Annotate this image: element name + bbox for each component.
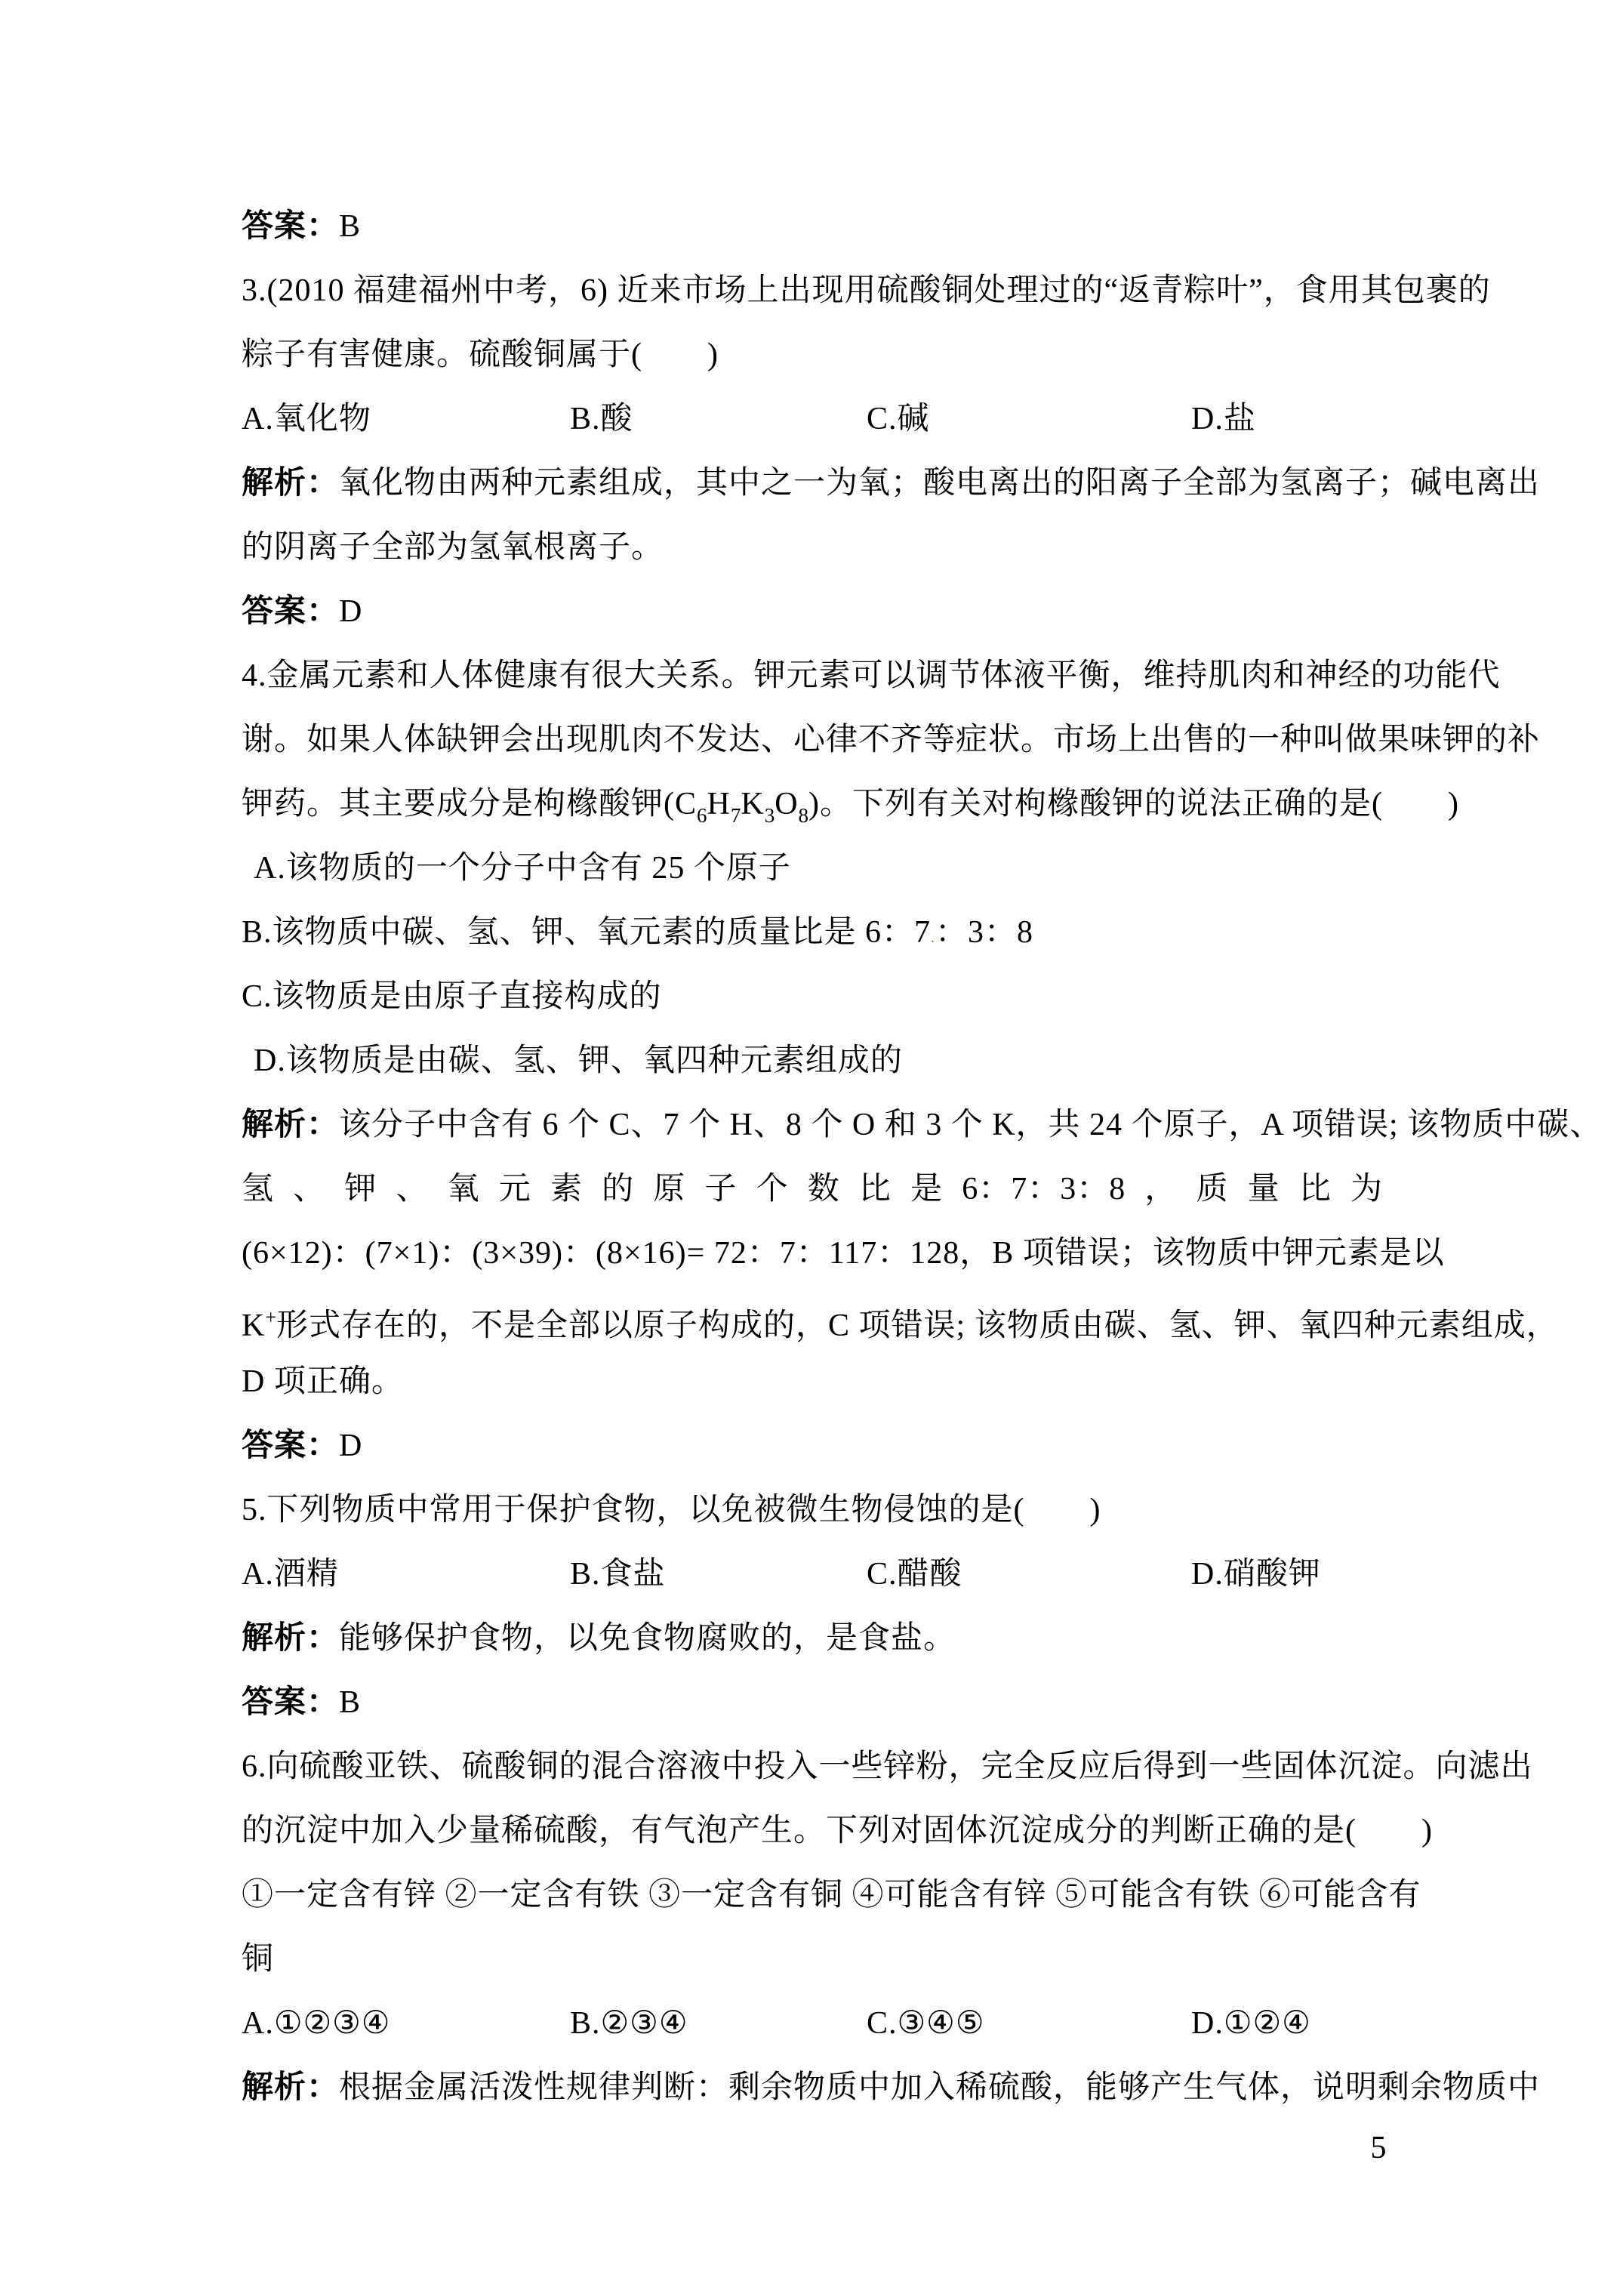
body-text: 谢。如果人体缺钾会出现肌肉不发达、心律不齐等症状。市场上出售的一种叫做果味钾的补 <box>242 723 1540 757</box>
body-text: H <box>707 787 731 821</box>
answer-line-q5: 答案：B <box>242 1670 1383 1735</box>
label-text: 答案： <box>242 209 339 244</box>
body-text: 氧化物由两种元素组成，其中之一为氧；酸电离出的阳离子全部为氢离子；碱电离出 <box>339 466 1540 501</box>
body-text: 根据金属活泼性规律判断：剩余物质中加入稀硫酸，能够产生气体，说明剩余物质中 <box>339 2070 1540 2105</box>
body-text: 能够保护食物，以免食物腐败的，是食盐。 <box>339 1621 956 1656</box>
option-item: D.①②④ <box>1191 1991 1311 2056</box>
body-text: K <box>741 787 764 821</box>
option-item: B.②③④ <box>570 1991 688 2056</box>
option-item: A.酒精 <box>242 1542 339 1607</box>
body-text: ①一定含有锌 ②一定含有铁 ③一定含有铜 ④可能含有锌 ⑤可能含有铁 ⑥可能含有 <box>242 1878 1421 1912</box>
analysis-3-line-1: 解析：氧化物由两种元素组成，其中之一为氧；酸电离出的阳离子全部为氢离子；碱电离出 <box>242 451 1383 516</box>
body-text: B <box>339 1685 361 1720</box>
answer-line-q2: 答案：B <box>242 194 1383 259</box>
page-number: 5 <box>1356 2116 1401 2180</box>
body-text: 钾药。其主要成分是枸橼酸钾(C <box>242 787 697 821</box>
label-text: 答案： <box>242 594 339 629</box>
question-6-choices: ①一定含有锌 ②一定含有铁 ③一定含有铜 ④可能含有锌 ⑤可能含有铁 ⑥可能含有 <box>242 1863 1383 1928</box>
answer-line-q3: 答案：D <box>242 579 1383 644</box>
option-item: B.食盐 <box>570 1542 666 1607</box>
body-text: 3.(2010 福建福州中考，6) 近来市场上出现用硫酸铜处理过的“返青粽叶”，… <box>242 273 1491 308</box>
question-4-line-1: 4.金属元素和人体健康有很大关系。钾元素可以调节体液平衡，维持肌肉和神经的功能代 <box>242 643 1383 708</box>
analysis-4-line-1: 解析：该分子中含有 6 个 C、7 个 H、8 个 O 和 3 个 K，共 24… <box>242 1093 1383 1157</box>
body-text: D <box>339 594 362 629</box>
question-6-options: A.①②③④B.②③④C.③④⑤D.①②④ <box>242 1991 1383 2056</box>
question-3-line-2: 粽子有害健康。硫酸铜属于( ) <box>242 322 1383 387</box>
question-4-line-3: 钾药。其主要成分是枸橼酸钾(C6H7K3O8)。下列有关对枸橼酸钾的说法正确的是… <box>242 772 1383 837</box>
body-text: 该分子中含有 6 个 C、7 个 H、8 个 O 和 3 个 K，共 24 个原… <box>339 1108 1602 1142</box>
option-item: D.盐 <box>1191 387 1256 451</box>
body-text: )。下列有关对枸橼酸钾的说法正确的是( ) <box>808 787 1459 821</box>
option-item: A.①②③④ <box>242 1991 390 2056</box>
body-text: 4.金属元素和人体健康有很大关系。钾元素可以调节体液平衡，维持肌肉和神经的功能代 <box>242 658 1501 693</box>
analysis-4-line-4: K+形式存在的，不是全部以原子构成的，C 项错误; 该物质由碳、氢、钾、氧四种元… <box>242 1285 1383 1350</box>
body-text: B <box>339 209 361 244</box>
option-item: C.醋酸 <box>867 1542 962 1607</box>
question-5-options: A.酒精B.食盐C.醋酸D.硝酸钾 <box>242 1542 1383 1607</box>
body-text: 6.向硫酸亚铁、硫酸铜的混合溶液中投入一些锌粉，完全反应后得到一些固体沉淀。向滤… <box>242 1749 1533 1784</box>
question-3-line-1: 3.(2010 福建福州中考，6) 近来市场上出现用硫酸铜处理过的“返青粽叶”，… <box>242 258 1383 323</box>
spread-token: 原 <box>653 1157 685 1222</box>
spread-token: 氢 <box>242 1157 274 1222</box>
body-text: ：3：8 <box>935 915 1033 950</box>
analysis-3-line-2: 的阴离子全部为氢氧根离子。 <box>242 515 1383 580</box>
spread-token: 素 <box>550 1157 583 1222</box>
body-text: 5.下列物质中常用于保护食物，以免被微生物侵蚀的是( ) <box>242 1493 1101 1527</box>
option-item: B.酸 <box>570 387 633 451</box>
body-text: C.该物质是由原子直接构成的 <box>242 979 662 1014</box>
body-text: 8 <box>799 804 809 827</box>
spread-token: 比 <box>859 1157 892 1222</box>
analysis-4-line-3: (6×12)：(7×1)：(3×39)：(8×16)= 72：7：117：128… <box>242 1221 1383 1286</box>
spread-token: 元 <box>499 1157 531 1222</box>
spread-token: 钾 <box>344 1157 377 1222</box>
analysis-4-line-5: D 项正确。 <box>242 1349 1383 1414</box>
question-4-option-d: D.该物质是由碳、氢、钾、氧四种元素组成的 <box>242 1028 1395 1093</box>
spread-token: 数 <box>808 1157 840 1222</box>
body-text: 的阴离子全部为氢氧根离子。 <box>242 530 664 565</box>
label-text: 解析： <box>242 2070 339 2105</box>
option-item: D.硝酸钾 <box>1191 1542 1321 1607</box>
option-item: A.氧化物 <box>242 387 371 451</box>
question-4-option-c: C.该物质是由原子直接构成的 <box>242 964 1383 1029</box>
question-6-line-1: 6.向硫酸亚铁、硫酸铜的混合溶液中投入一些锌粉，完全反应后得到一些固体沉淀。向滤… <box>242 1734 1383 1799</box>
body-text: D.该物质是由碳、氢、钾、氧四种元素组成的 <box>254 1043 903 1078</box>
spread-token: 个 <box>756 1157 789 1222</box>
spread-token: 比 <box>1299 1157 1332 1222</box>
question-4-option-a: A.该物质的一个分子中含有 25 个原子 <box>242 836 1395 901</box>
question-4-option-b: B.该物质中碳、氢、钾、氧元素的质量比是 6：7.：3：8 <box>242 900 1383 965</box>
label-text: 答案： <box>242 1685 339 1720</box>
spread-token: 子 <box>704 1157 737 1222</box>
spread-token: 为 <box>1350 1157 1383 1222</box>
body-text: 铜 <box>242 1942 274 1977</box>
question-3-options: A.氧化物B.酸C.碱D.盐 <box>242 387 1383 451</box>
label-text: 解析： <box>242 1621 339 1656</box>
spread-token: 、 <box>396 1157 428 1222</box>
spread-token: 的 <box>602 1157 634 1222</box>
option-item: C.③④⑤ <box>867 1991 984 2056</box>
label-text: 解析： <box>242 466 339 501</box>
body-text: 粽子有害健康。硫酸铜属于( ) <box>242 337 719 372</box>
body-text: O <box>775 787 798 821</box>
body-text: + <box>265 1306 276 1328</box>
spread-token: 是 <box>910 1157 943 1222</box>
question-6-choices-2: 铜 <box>242 1927 1383 1992</box>
body-text: D <box>339 1428 362 1463</box>
body-text: 形式存在的，不是全部以原子构成的，C 项错误; 该物质由碳、氢、钾、氧四种元素组… <box>276 1308 1559 1343</box>
option-item: C.碱 <box>867 387 930 451</box>
spread-token: 、 <box>293 1157 325 1222</box>
body-text: (6×12)：(7×1)：(3×39)：(8×16)= 72：7：117：128… <box>242 1236 1445 1271</box>
analysis-4-line-2: 氢、钾、氧元素的原子个数比是6：7：3：8，质量比为 <box>242 1157 1383 1222</box>
question-6-line-2: 的沉淀中加入少量稀硫酸，有气泡产生。下列对固体沉淀成分的判断正确的是( ) <box>242 1798 1383 1863</box>
spread-token: 量 <box>1248 1157 1280 1222</box>
body-text: 的沉淀中加入少量稀硫酸，有气泡产生。下列对固体沉淀成分的判断正确的是( ) <box>242 1814 1433 1848</box>
body-text: 7 <box>731 804 741 827</box>
spread-token: 氧 <box>448 1157 480 1222</box>
spread-token: 6：7：3：8 <box>962 1157 1126 1222</box>
spread-token: 质 <box>1196 1157 1229 1222</box>
spread-token: ， <box>1144 1157 1177 1222</box>
body-text: 6 <box>697 804 707 827</box>
label-text: 答案： <box>242 1428 339 1463</box>
body-text: K <box>242 1308 265 1343</box>
body-text: B.该物质中碳、氢、钾、氧元素的质量比是 6：7 <box>242 915 931 950</box>
body-text: 3 <box>765 804 775 827</box>
question-5-line-1: 5.下列物质中常用于保护食物，以免被微生物侵蚀的是( ) <box>242 1478 1383 1542</box>
question-4-line-2: 谢。如果人体缺钾会出现肌肉不发达、心律不齐等症状。市场上出售的一种叫做果味钾的补 <box>242 707 1383 772</box>
answer-line-q4: 答案：D <box>242 1413 1383 1478</box>
analysis-6-line-1: 解析：根据金属活泼性规律判断：剩余物质中加入稀硫酸，能够产生气体，说明剩余物质中 <box>242 2055 1383 2120</box>
label-text: 解析： <box>242 1108 339 1142</box>
analysis-5-line-1: 解析：能够保护食物，以免食物腐败的，是食盐。 <box>242 1606 1383 1671</box>
body-text: D 项正确。 <box>242 1364 404 1399</box>
body-text: A.该物质的一个分子中含有 25 个原子 <box>254 851 791 886</box>
document-page: 答案：B3.(2010 福建福州中考，6) 近来市场上出现用硫酸铜处理过的“返青… <box>0 0 1623 2296</box>
